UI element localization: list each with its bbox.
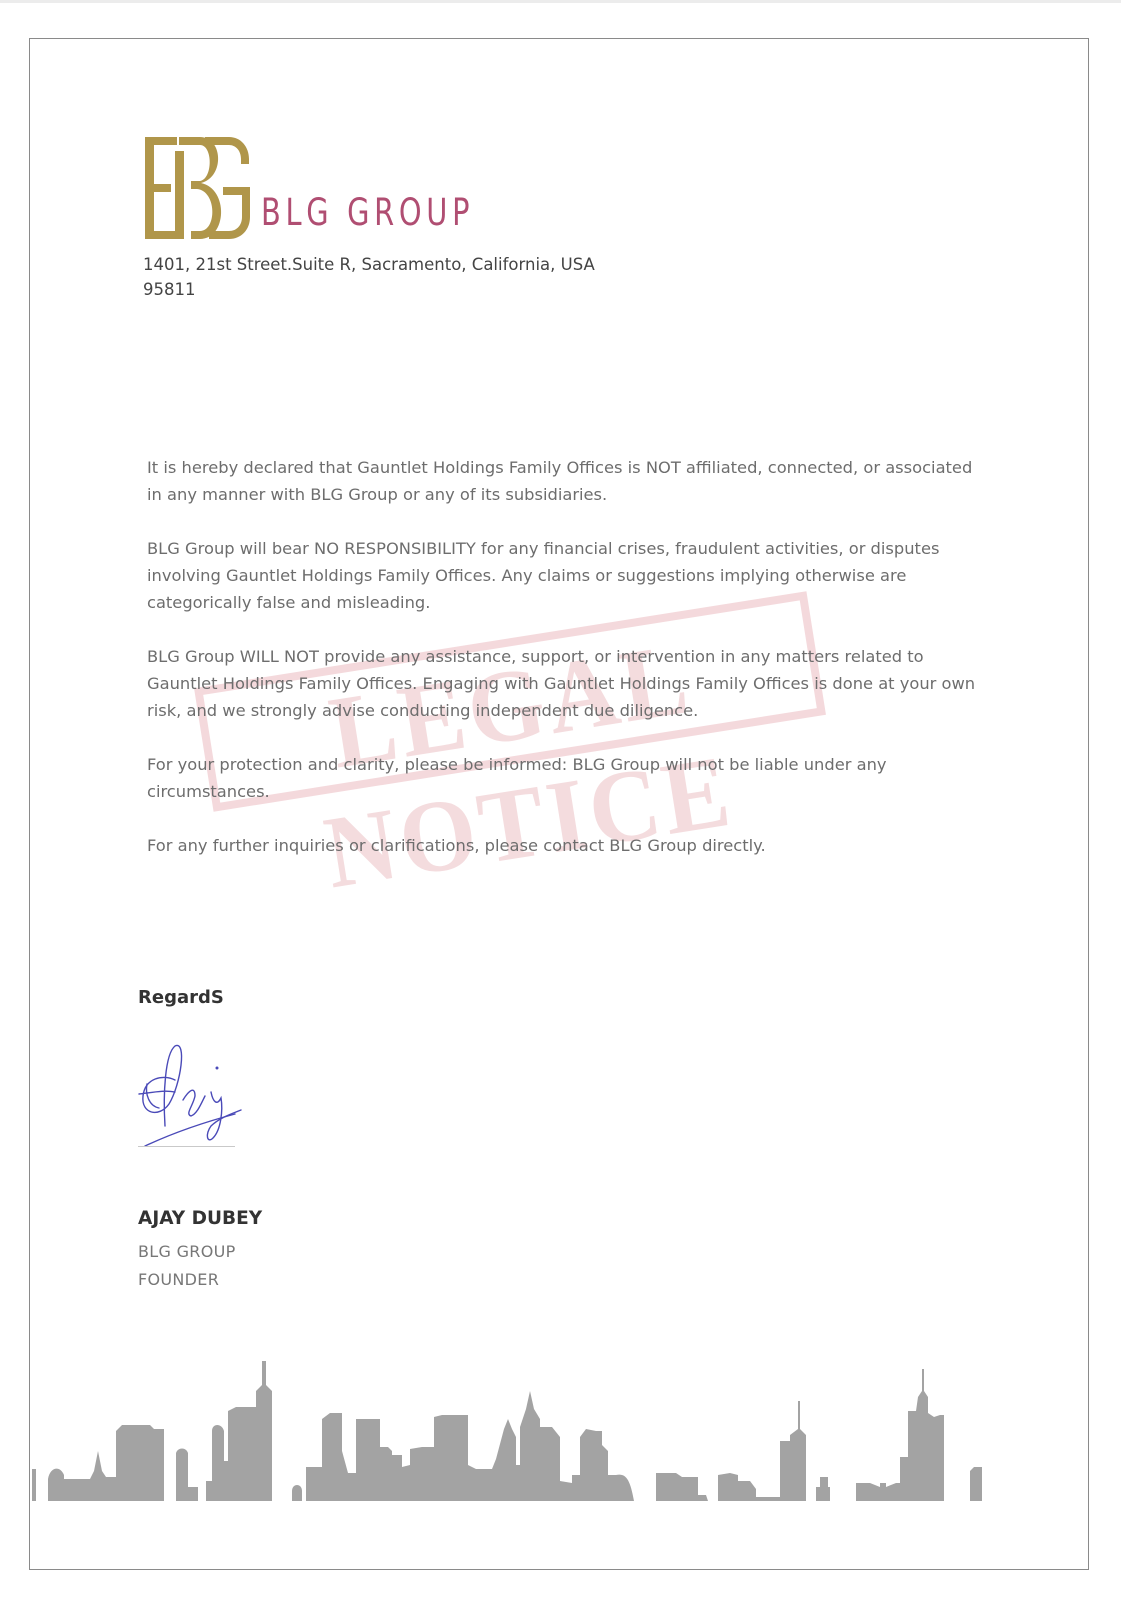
- city-skyline-icon: [30, 1301, 1089, 1511]
- company-address: 1401, 21st Street.Suite R, Sacramento, C…: [143, 252, 595, 302]
- address-line-1: 1401, 21st Street.Suite R, Sacramento, C…: [143, 252, 595, 277]
- address-line-2: 95811: [143, 277, 595, 302]
- brand-name: BLG GROUP: [261, 191, 474, 234]
- handwritten-signature-icon: [135, 1034, 245, 1149]
- paragraph-not-liable: For your protection and clarity, please …: [147, 751, 977, 805]
- paragraph-disclaimer-affiliation: It is hereby declared that Gauntlet Hold…: [147, 454, 977, 508]
- paragraph-no-responsibility: BLG Group will bear NO RESPONSIBILITY fo…: [147, 535, 977, 616]
- signer-organization: BLG GROUP: [138, 1242, 236, 1261]
- paragraph-no-assistance: BLG Group WILL NOT provide any assistanc…: [147, 643, 977, 724]
- signer-name: AJAY DUBEY: [138, 1208, 262, 1229]
- signature-line: [138, 1146, 235, 1147]
- closing-salutation: RegardS: [138, 987, 224, 1008]
- signer-title: FOUNDER: [138, 1270, 219, 1289]
- paragraph-contact: For any further inquiries or clarificati…: [147, 832, 977, 859]
- blg-monogram-logo-icon: [145, 137, 250, 239]
- viewer-top-bar: [0, 0, 1121, 3]
- letter-page: BLG GROUP 1401, 21st Street.Suite R, Sac…: [29, 38, 1089, 1570]
